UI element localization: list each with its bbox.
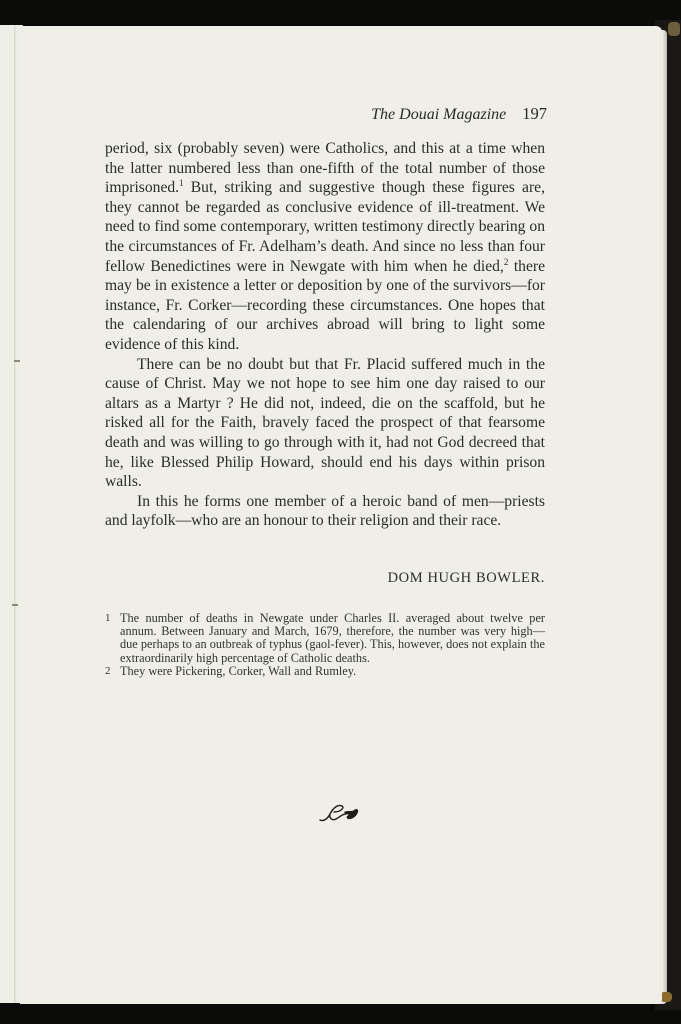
paragraph: There can be no doubt but that Fr. Placi…: [105, 355, 545, 492]
fleuron-ornament-icon: [316, 800, 364, 826]
body-text: period, six (probably seven) were Cathol…: [105, 139, 545, 531]
footnote-number: 2: [105, 665, 111, 678]
footnote-1: 1 The number of deaths in Newgate under …: [105, 612, 545, 665]
footnote-2: 2 They were Pickering, Corker, Wall and …: [105, 665, 545, 678]
author-signature: DOM HUGH BOWLER.: [105, 570, 545, 587]
paragraph: period, six (probably seven) were Cathol…: [105, 139, 545, 355]
footnotes: 1 The number of deaths in Newgate under …: [105, 612, 545, 678]
magazine-title: The Douai Magazine: [371, 106, 506, 123]
margin-mark: [12, 604, 18, 606]
footnote-text: The number of deaths in Newgate under Ch…: [120, 611, 545, 665]
gutter-shadow: [14, 25, 17, 1003]
running-head: The Douai Magazine 197: [105, 104, 547, 124]
binding-corner: [668, 22, 680, 36]
paragraph: In this he forms one member of a heroic …: [105, 492, 545, 531]
footnote-number: 1: [105, 612, 111, 625]
footnote-text: They were Pickering, Corker, Wall and Ru…: [120, 664, 356, 678]
page-number: 197: [522, 104, 547, 123]
